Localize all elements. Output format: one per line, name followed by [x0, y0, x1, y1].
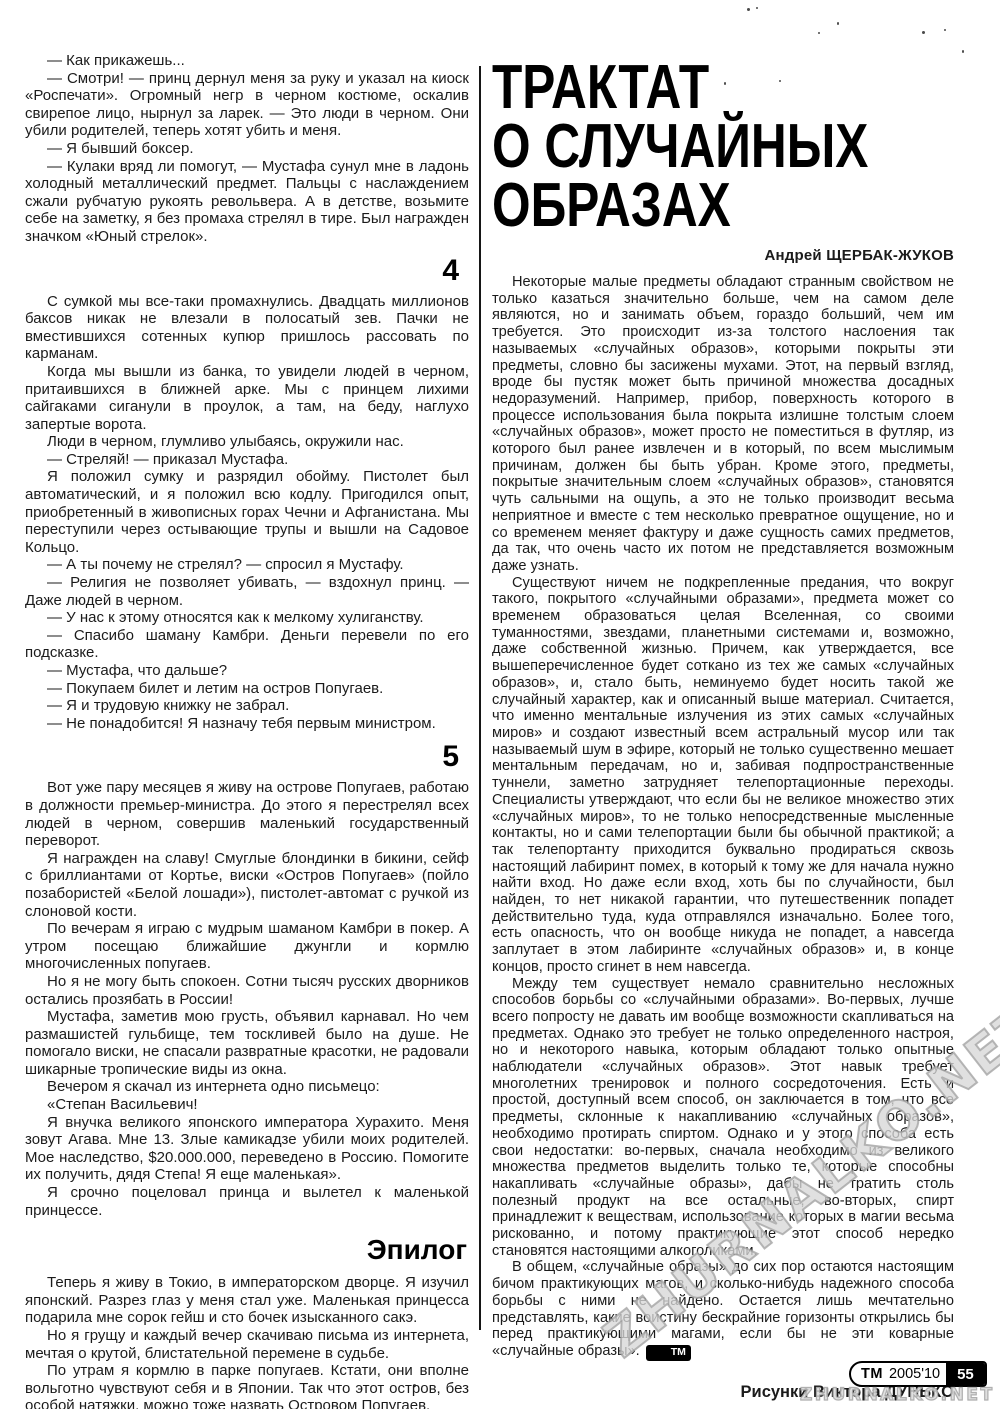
story-paragraph: — Покупаем билет и летим на остров Попуг… [25, 680, 469, 698]
story-paragraph: Когда мы вышли из банка, то увидели люде… [25, 363, 469, 433]
story-paragraph: — Религия не позволяет убивать, — вздохн… [25, 574, 469, 609]
story-paragraph: Я награжден на славу! Смуглые блондинки … [25, 850, 469, 920]
issue-page-badge: ТМ 2005'10 55 [849, 1361, 987, 1387]
scan-speck [818, 32, 820, 34]
article-paragraph-text: В общем, «случайные образы» до сих пор о… [492, 1259, 954, 1359]
story-paragraph: — Спасибо шаману Камбри. Деньги перевели… [25, 627, 469, 662]
story-paragraph: По вечерам я играю с мудрым шаманом Камб… [25, 920, 469, 973]
scan-speck [922, 31, 925, 34]
story-paragraph: Но я не могу быть спокоен. Сотни тысяч р… [25, 973, 469, 1008]
story-paragraph: — У нас к этому относятся как к мелкому … [25, 609, 469, 627]
story-paragraph: Я внучка великого японского императора Х… [25, 1114, 469, 1184]
story-paragraph: Теперь я живу в Токио, в императорском д… [25, 1274, 469, 1327]
page-number: 55 [946, 1363, 985, 1385]
story-paragraph: — Не понадобится! Я назначу тебя первым … [25, 715, 469, 733]
scan-speck [837, 22, 839, 25]
article-paragraph: Существуют ничем не подкрепленные предан… [492, 575, 954, 976]
article-column: ТРАКТАТ О СЛУЧАЙНЫХ ОБРАЗАХ Андрей ЩЕРБА… [492, 58, 954, 1402]
scan-speck [944, 29, 946, 31]
story-column: — Как прикажешь... — Смотри! — принц дер… [25, 52, 469, 1409]
epilogue-heading: Эпилог [25, 1235, 469, 1265]
story-paragraph: — Мустафа, что дальше? [25, 662, 469, 680]
article-paragraph: Между тем существует немало сравнительно… [492, 976, 954, 1260]
story-paragraph: — Я бывший боксер. [25, 140, 469, 158]
article-title-line: ОБРАЗАХ [492, 176, 862, 235]
story-paragraph: — Кулаки вряд ли помогут, — Мустафа суну… [25, 158, 469, 246]
section-number-5: 5 [25, 742, 469, 772]
article-paragraph: Некоторые малые предметы обладают странн… [492, 274, 954, 575]
magazine-page: — Как прикажешь... — Смотри! — принц дер… [0, 0, 1000, 1409]
scan-speck [756, 7, 758, 9]
article-title: ТРАКТАТ О СЛУЧАЙНЫХ ОБРАЗАХ [492, 58, 954, 235]
scan-speck [962, 50, 964, 53]
column-divider [479, 66, 481, 1330]
issue-badge-left: ТМ 2005'10 [851, 1363, 946, 1385]
story-paragraph: — А ты почему не стрелял? — спросил я Му… [25, 556, 469, 574]
story-paragraph: — Как прикажешь... [25, 52, 469, 70]
article-title-line: О СЛУЧАЙНЫХ [492, 117, 862, 176]
story-paragraph: Люди в черном, глумливо улыбаясь, окружи… [25, 433, 469, 451]
section-number-4: 4 [25, 256, 469, 286]
story-paragraph: «Степан Васильевич! [25, 1096, 469, 1114]
story-paragraph: Вот уже пару месяцев я живу на острове П… [25, 779, 469, 849]
tm-logo: ТМ [861, 1366, 883, 1382]
story-paragraph: — Стреляй! — приказал Мустафа. [25, 451, 469, 469]
story-paragraph: С сумкой мы все-таки промахнулись. Двадц… [25, 293, 469, 363]
article-paragraph: В общем, «случайные образы» до сих пор о… [492, 1259, 954, 1360]
scan-speck [747, 8, 750, 11]
story-paragraph: — Смотри! — принц дернул меня за руку и … [25, 70, 469, 140]
story-paragraph: Вечером я скачал из интернета одно письм… [25, 1078, 469, 1096]
story-paragraph: — Я и трудовую книжку не забрал. [25, 697, 469, 715]
story-paragraph: Я положил сумку и разрядил обойму. Писто… [25, 468, 469, 556]
story-paragraph: Но я грущу и каждый вечер скачиваю письм… [25, 1327, 469, 1362]
article-title-line: ТРАКТАТ [492, 58, 862, 117]
story-paragraph: Я срочно поцеловал принца и вылетел к ма… [25, 1184, 469, 1219]
article-author: Андрей ЩЕРБАК-ЖУКОВ [492, 247, 954, 264]
issue-label: 2005'10 [889, 1366, 940, 1382]
end-of-article-marker: ТМ [646, 1345, 691, 1361]
story-paragraph: По утрам я кормлю в парке попугаев. Кста… [25, 1362, 469, 1409]
story-paragraph: Мустафа, заметив мою грусть, объявил кар… [25, 1008, 469, 1078]
